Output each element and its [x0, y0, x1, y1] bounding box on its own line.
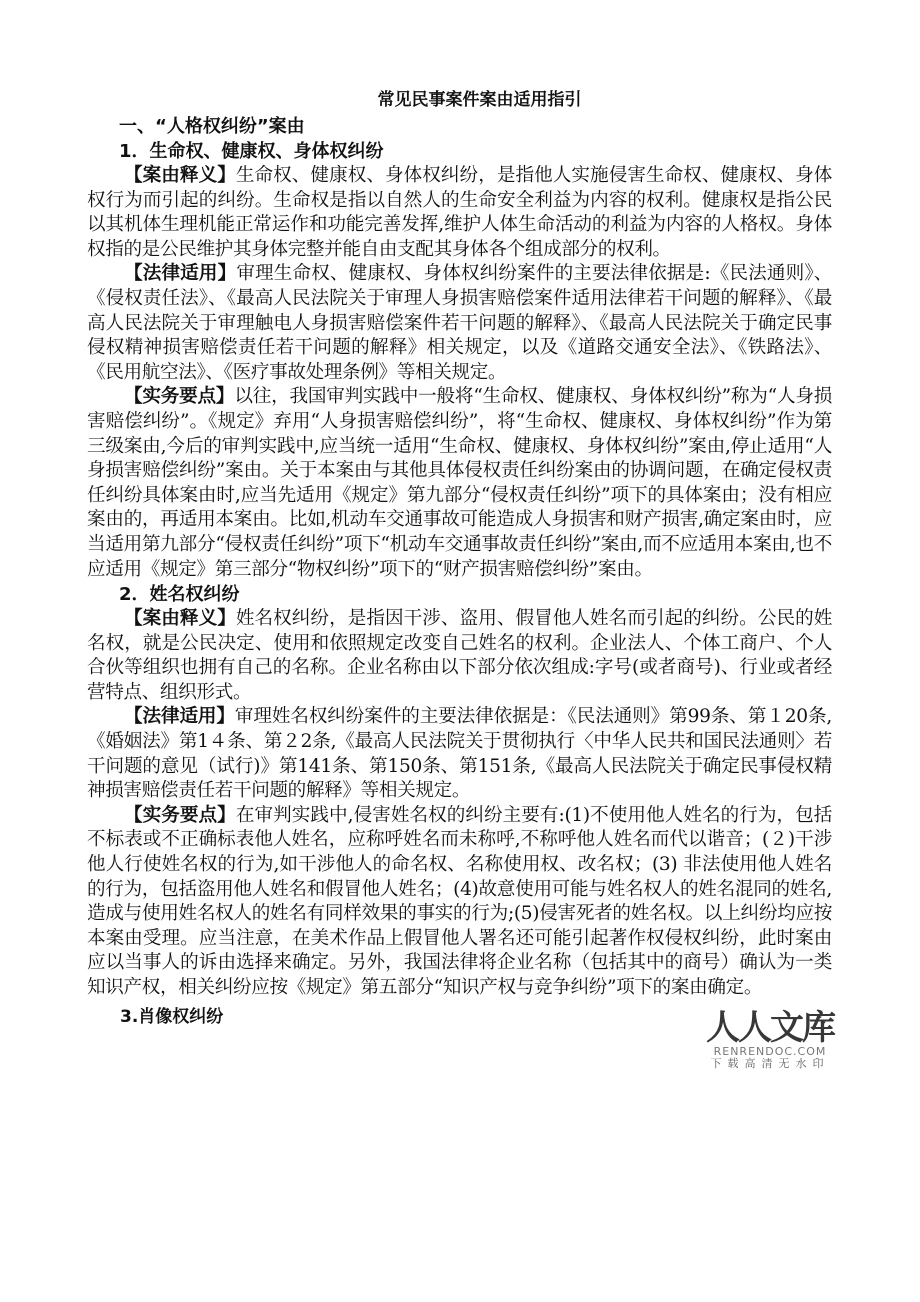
paragraph-practice-points: 【实务要点】以往，我国审判实践中一般将“生命权、健康权、身体权纠纷”称为“人身损…	[87, 385, 832, 582]
paragraph-text: 以往，我国审判实践中一般将“生命权、健康权、身体权纠纷”称为“人身损害赔偿纠纷”…	[87, 386, 832, 579]
subsection-heading-life-health-body: 1．生命权、健康权、身体权纠纷	[87, 139, 832, 164]
paragraph-text: 在审判实践中,侵害姓名权的纠纷主要有:(1)不使用他人姓名的行为，包括不标表或不…	[87, 805, 832, 998]
watermark-tagline: 下载高清无水印	[700, 1058, 840, 1070]
subsection-heading-name-rights: 2．姓名权纠纷	[87, 582, 832, 607]
paragraph-label: 【案由释义】	[124, 608, 236, 629]
paragraph-practice-points: 【实务要点】在审判实践中,侵害姓名权的纠纷主要有:(1)不使用他人姓名的行为，包…	[87, 804, 832, 1001]
paragraph-label: 【实务要点】	[124, 386, 234, 407]
paragraph-legal-application: 【法律适用】审理生命权、健康权、身体权纠纷案件的主要法律依据是:《民法通则》、《…	[87, 262, 832, 385]
watermark-url: RENRENDOC.COM	[700, 1046, 840, 1058]
paragraph-label: 【实务要点】	[124, 805, 236, 826]
paragraph-label: 【法律适用】	[124, 263, 236, 284]
document-title: 常见民事案件案由适用指引	[127, 88, 832, 114]
paragraph-legal-application: 【法律适用】审理姓名权纠纷案件的主要法律依据是：《民法通则》第99条、第１20条…	[87, 705, 832, 803]
paragraph-case-definition: 【案由释义】生命权、健康权、身体权纠纷，是指他人实施侵害生命权、健康权、身体权行…	[87, 164, 832, 262]
section-heading-personality-rights: 一、“人格权纠纷”案由	[87, 114, 832, 139]
document-page: 常见民事案件案由适用指引 一、“人格权纠纷”案由 1．生命权、健康权、身体权纠纷…	[87, 88, 832, 1030]
paragraph-label: 【法律适用】	[124, 706, 235, 727]
paragraph-case-definition: 【案由释义】姓名权纠纷，是指因干涉、盗用、假冒他人姓名而引起的纠纷。公民的姓名权…	[87, 607, 832, 705]
subsection-heading-portrait-rights: 3.肖像权纠纷	[87, 1005, 832, 1030]
paragraph-label: 【案由释义】	[124, 165, 236, 186]
